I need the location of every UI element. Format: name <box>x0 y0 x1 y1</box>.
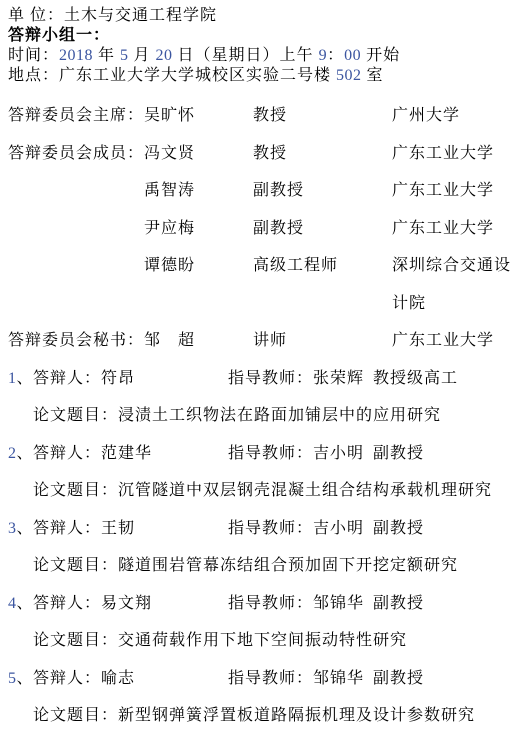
committee-member-org: 广东工业大学 <box>392 210 520 248</box>
defense-entry: 5、 答辩人：喻志 指导教师：邹锦华副教授 论文题目：新型钢弹簧浮置板道路隔振机… <box>0 660 523 732</box>
supervisor-cell: 指导教师：吉小明副教授 <box>228 435 523 473</box>
supervisor-label: 指导教师： <box>228 520 313 537</box>
respondent-name: 王韧 <box>101 520 135 537</box>
committee-member-title: 教授 <box>253 135 392 173</box>
committee-row-chair: 答辩委员会主席： 吴旷怀 教授 广州大学 <box>8 97 523 135</box>
supervisor-cell: 指导教师：吉小明副教授 <box>228 510 523 548</box>
respondent-cell: 答辩人：易文翔 <box>33 585 228 623</box>
respondent-name: 喻志 <box>101 670 135 687</box>
entry-number: 5、 <box>8 660 33 698</box>
respondent-cell: 答辩人：王韧 <box>33 510 228 548</box>
defense-entry: 1、 答辩人：符昂 指导教师：张荣辉教授级高工 论文题目：浸渍土工织物法在路面加… <box>0 360 523 435</box>
unit-line: 单 位：土木与交通工程学院 <box>8 6 523 26</box>
committee-member-title: 教授 <box>253 97 392 135</box>
respondent-name: 范建华 <box>101 445 152 462</box>
supervisor-label: 指导教师： <box>228 445 313 462</box>
supervisor-name: 邹锦华 <box>313 670 364 687</box>
thesis-label: 论文题目： <box>33 482 118 499</box>
committee-member-name: 冯文贤 <box>144 135 253 173</box>
entry-number: 4、 <box>8 585 33 623</box>
committee-role-label <box>8 247 144 322</box>
respondent-label: 答辩人： <box>33 445 101 462</box>
defense-entry-head: 1、 答辩人：符昂 指导教师：张荣辉教授级高工 <box>0 360 523 398</box>
supervisor-label: 指导教师： <box>228 595 313 612</box>
defense-entry-head: 4、 答辩人：易文翔 指导教师：邹锦华副教授 <box>0 585 523 623</box>
committee-member-name: 谭德盼 <box>144 247 253 322</box>
defense-entry-head: 2、 答辩人：范建华 指导教师：吉小明副教授 <box>0 435 523 473</box>
committee-role-label: 答辩委员会成员： <box>8 135 144 173</box>
committee-row-secretary: 答辩委员会秘书： 邹 超 讲师 广东工业大学 <box>8 322 523 360</box>
committee-member-name: 邹 超 <box>144 322 253 360</box>
respondent-label: 答辩人： <box>33 595 101 612</box>
supervisor-label: 指导教师： <box>228 670 313 687</box>
supervisor-title: 教授级高工 <box>373 370 458 387</box>
committee-row-member: 答辩委员会成员： 冯文贤 教授 广东工业大学 <box>8 135 523 173</box>
committee-member-org: 广东工业大学 <box>392 322 520 360</box>
defense-entry: 3、 答辩人：王韧 指导教师：吉小明副教授 论文题目：隧道围岩管幕冻结组合预加固… <box>0 510 523 585</box>
supervisor-cell: 指导教师：张荣辉教授级高工 <box>228 360 523 398</box>
respondent-cell: 答辩人：喻志 <box>33 660 228 698</box>
supervisor-name: 张荣辉 <box>313 370 364 387</box>
respondent-cell: 答辩人：符昂 <box>33 360 228 398</box>
defense-entry: 4、 答辩人：易文翔 指导教师：邹锦华副教授 论文题目：交通荷载作用下地下空间振… <box>0 585 523 660</box>
thesis-line: 论文题目：沉管隧道中双层钢壳混凝土组合结构承载机理研究 <box>0 472 523 510</box>
thesis-line: 论文题目：隧道围岩管幕冻结组合预加固下开挖定额研究 <box>0 547 523 585</box>
supervisor-title: 副教授 <box>373 595 424 612</box>
committee-member-title: 副教授 <box>253 210 392 248</box>
committee-role-label <box>8 210 144 248</box>
committee-member-title: 副教授 <box>253 172 392 210</box>
defense-entry-head: 3、 答辩人：王韧 指导教师：吉小明副教授 <box>0 510 523 548</box>
supervisor-name: 吉小明 <box>313 445 364 462</box>
supervisor-title: 副教授 <box>373 520 424 537</box>
defense-list: 1、 答辩人：符昂 指导教师：张荣辉教授级高工 论文题目：浸渍土工织物法在路面加… <box>0 360 523 732</box>
committee-member-org: 广东工业大学 <box>392 135 520 173</box>
supervisor-cell: 指导教师：邹锦华副教授 <box>228 660 523 698</box>
committee-table: 答辩委员会主席： 吴旷怀 教授 广州大学 答辩委员会成员： 冯文贤 教授 广东工… <box>0 97 523 360</box>
thesis-line: 论文题目：交通荷载作用下地下空间振动特性研究 <box>0 622 523 660</box>
entry-number: 3、 <box>8 510 33 548</box>
supervisor-label: 指导教师： <box>228 370 313 387</box>
committee-row-member: 禹智涛 副教授 广东工业大学 <box>8 172 523 210</box>
committee-role-label: 答辩委员会秘书： <box>8 322 144 360</box>
supervisor-name: 邹锦华 <box>313 595 364 612</box>
thesis-line: 论文题目：新型钢弹簧浮置板道路隔振机理及设计参数研究 <box>0 697 523 732</box>
thesis-label: 论文题目： <box>33 557 118 574</box>
entry-number: 2、 <box>8 435 33 473</box>
respondent-label: 答辩人： <box>33 670 101 687</box>
committee-member-name: 吴旷怀 <box>144 97 253 135</box>
defense-entry: 2、 答辩人：范建华 指导教师：吉小明副教授 论文题目：沉管隧道中双层钢壳混凝土… <box>0 435 523 510</box>
respondent-label: 答辩人： <box>33 520 101 537</box>
supervisor-title: 副教授 <box>373 670 424 687</box>
supervisor-cell: 指导教师：邹锦华副教授 <box>228 585 523 623</box>
committee-row-member: 尹应梅 副教授 广东工业大学 <box>8 210 523 248</box>
thesis-title: 沉管隧道中双层钢壳混凝土组合结构承载机理研究 <box>118 482 492 499</box>
thesis-title: 交通荷载作用下地下空间振动特性研究 <box>118 632 407 649</box>
thesis-line: 论文题目：浸渍土工织物法在路面加铺层中的应用研究 <box>0 397 523 435</box>
document-page: 单 位：土木与交通工程学院 答辩小组一： 时间：2018 年 5 月 20 日（… <box>0 0 523 732</box>
group-title: 答辩小组一： <box>8 26 523 46</box>
respondent-name: 符昂 <box>101 370 135 387</box>
committee-member-org: 广东工业大学 <box>392 172 520 210</box>
thesis-label: 论文题目： <box>33 632 118 649</box>
respondent-label: 答辩人： <box>33 370 101 387</box>
committee-role-label: 答辩委员会主席： <box>8 97 144 135</box>
committee-member-org: 广州大学 <box>392 97 520 135</box>
committee-row-member: 谭德盼 高级工程师 深圳综合交通设计院 <box>8 247 523 322</box>
supervisor-name: 吉小明 <box>313 520 364 537</box>
committee-member-title: 高级工程师 <box>253 247 392 322</box>
entry-number: 1、 <box>8 360 33 398</box>
thesis-title: 隧道围岩管幕冻结组合预加固下开挖定额研究 <box>118 557 458 574</box>
document-header: 单 位：土木与交通工程学院 答辩小组一： 时间：2018 年 5 月 20 日（… <box>0 0 523 86</box>
committee-role-label <box>8 172 144 210</box>
thesis-label: 论文题目： <box>33 707 118 724</box>
committee-member-name: 禹智涛 <box>144 172 253 210</box>
supervisor-title: 副教授 <box>373 445 424 462</box>
location-line: 地点：广东工业大学大学城校区实验二号楼 502 室 <box>8 66 523 86</box>
thesis-label: 论文题目： <box>33 407 118 424</box>
thesis-title: 浸渍土工织物法在路面加铺层中的应用研究 <box>118 407 441 424</box>
time-line: 时间：2018 年 5 月 20 日（星期日）上午 9：00 开始 <box>8 46 523 66</box>
committee-member-name: 尹应梅 <box>144 210 253 248</box>
respondent-name: 易文翔 <box>101 595 152 612</box>
committee-member-title: 讲师 <box>253 322 392 360</box>
defense-entry-head: 5、 答辩人：喻志 指导教师：邹锦华副教授 <box>0 660 523 698</box>
committee-member-org: 深圳综合交通设计院 <box>392 247 520 322</box>
thesis-title: 新型钢弹簧浮置板道路隔振机理及设计参数研究 <box>118 707 475 724</box>
respondent-cell: 答辩人：范建华 <box>33 435 228 473</box>
